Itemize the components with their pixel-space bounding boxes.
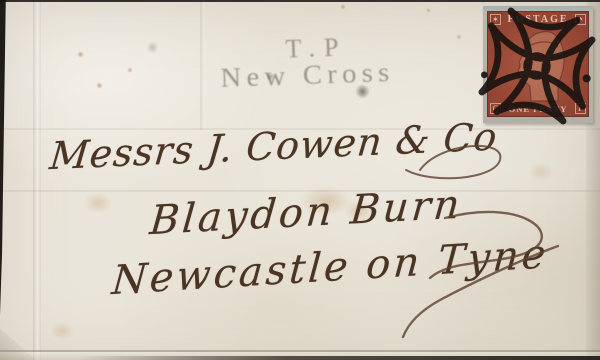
penny-red-stamp: ✶ POSTAGE ✶ G ONE PENNY F: [483, 6, 593, 123]
postmark-line-office: New Cross: [220, 57, 395, 94]
maltese-cross-cancel: [461, 0, 600, 142]
tp-postmark: T.P New Cross: [219, 31, 385, 94]
postal-cover-photo: T.P New Cross Messrs J. Cowen & Co Blayd…: [0, 0, 600, 360]
photo-bottom-edge: [80, 356, 600, 360]
